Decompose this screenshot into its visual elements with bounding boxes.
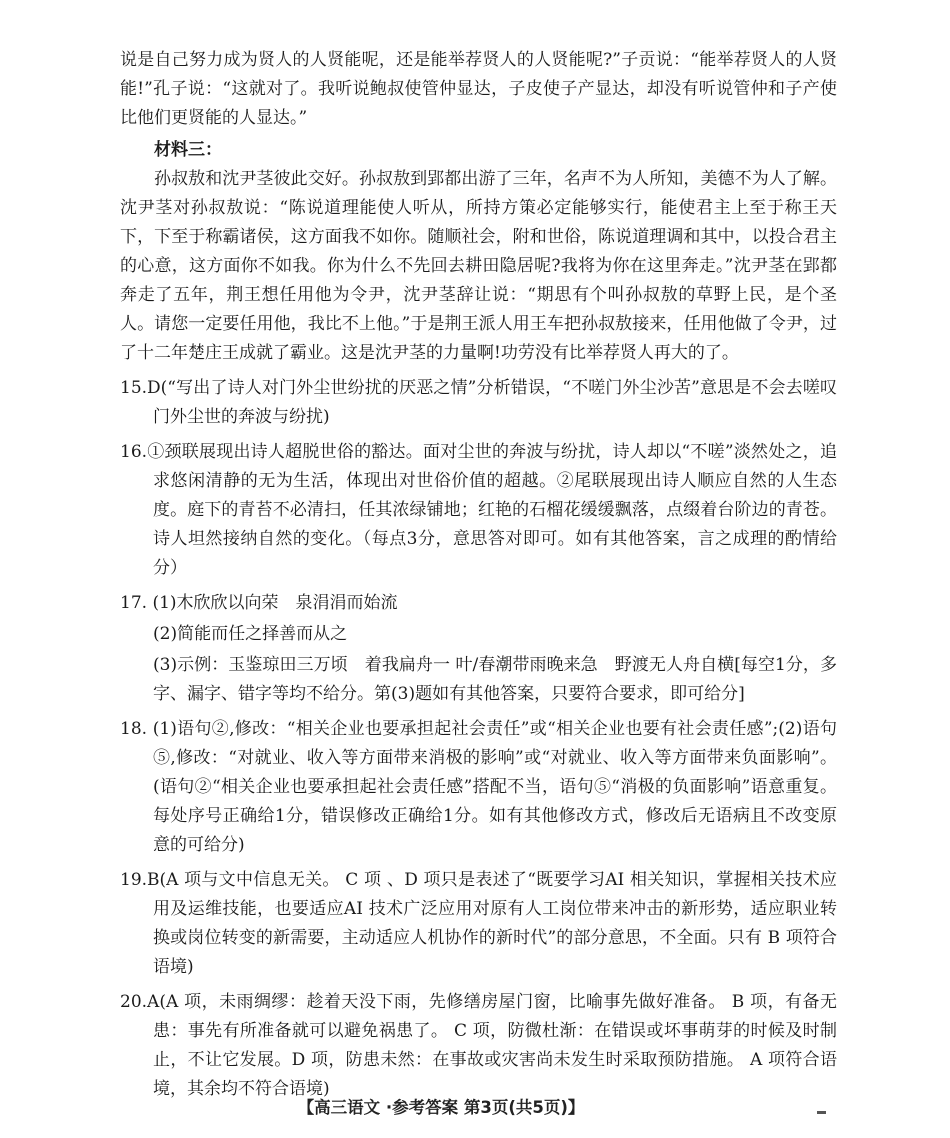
answer-18: 18. (1)语句②,修改：“相关企业也要承担起社会责任”或“相关企业也要有社会… bbox=[120, 715, 837, 860]
answer-16-body: ①颈联展现出诗人超脱世俗的豁达。面对尘世的奔波与纷扰，诗人却以“不嗟”淡然处之，… bbox=[147, 442, 837, 578]
footer-text: 【高三语文 ·参考答案 第3页(共5页)】 bbox=[298, 1098, 585, 1117]
answer-key-page: 说是自己努力成为贤人的人贤能呢，还是能举荐贤人的人贤能呢?”子贡说：“能举荐贤人… bbox=[0, 0, 950, 1138]
answer-19: 19.B(A 项与文中信息无关。 C 项 、D 项只是表述了“既要学习AI 相关… bbox=[120, 866, 837, 982]
page-corner-mark bbox=[817, 1111, 826, 1114]
answer-17-part-3: (3)示例：玉鉴琼田三万顷 着我扁舟一 叶/春潮带雨晚来急 野渡无人舟自横[每空… bbox=[153, 651, 837, 709]
answer-15-body: D(“写出了诗人对门外尘世纷扰的厌恶之情”分析错误，“不嗟门外尘沙苦”意思是不会… bbox=[147, 378, 837, 427]
answer-20: 20.A(A 项，未雨绸缪：趁着天没下雨，先修缮房屋门窗，比喻事先做好准备。 B… bbox=[120, 988, 837, 1104]
answer-17-part-1: 17. (1)木欣欣以向荣 泉涓涓而始流 bbox=[153, 589, 837, 618]
answer-19-number: 19. bbox=[120, 870, 147, 890]
material3-paragraph: 孙叔敖和沈尹茎彼此交好。孙叔敖到郢都出游了三年，名声不为人所知，美德不为人了解。… bbox=[120, 165, 837, 368]
answer-17-part-2: (2)简能而任之择善而从之 bbox=[153, 620, 837, 649]
answer-20-number: 20. bbox=[120, 992, 147, 1012]
answer-15-number: 15. bbox=[120, 378, 147, 398]
answer-17-number: 17. bbox=[120, 593, 152, 613]
answer-16-number: 16. bbox=[120, 442, 147, 462]
answer-17-part-1-text: (1)木欣欣以向荣 泉涓涓而始流 bbox=[152, 593, 397, 613]
answer-15: 15.D(“写出了诗人对门外尘世纷扰的厌恶之情”分析错误，“不嗟门外尘沙苦”意思… bbox=[120, 374, 837, 432]
page-content: 说是自己努力成为贤人的人贤能呢，还是能举荐贤人的人贤能呢?”子贡说：“能举荐贤人… bbox=[120, 46, 837, 1104]
answer-18-number: 18. bbox=[120, 719, 153, 739]
answer-16: 16.①颈联展现出诗人超脱世俗的豁达。面对尘世的奔波与纷扰，诗人却以“不嗟”淡然… bbox=[120, 438, 837, 583]
answer-17: 17. (1)木欣欣以向荣 泉涓涓而始流 (2)简能而任之择善而从之 (3)示例… bbox=[120, 589, 837, 709]
answer-18-body: (1)语句②,修改：“相关企业也要承担起社会责任”或“相关企业也要有社会责任感”… bbox=[153, 719, 837, 855]
answer-19-body: B(A 项与文中信息无关。 C 项 、D 项只是表述了“既要学习AI 相关知识，… bbox=[147, 870, 837, 977]
page-footer: 【高三语文 ·参考答案 第3页(共5页)】 bbox=[0, 1094, 916, 1118]
answer-20-body: A(A 项，未雨绸缪：趁着天没下雨，先修缮房屋门窗，比喻事先做好准备。 B 项，… bbox=[147, 992, 837, 1099]
continuation-paragraph: 说是自己努力成为贤人的人贤能呢，还是能举荐贤人的人贤能呢?”子贡说：“能举荐贤人… bbox=[120, 46, 837, 133]
material3-heading: 材料三： bbox=[120, 136, 837, 165]
